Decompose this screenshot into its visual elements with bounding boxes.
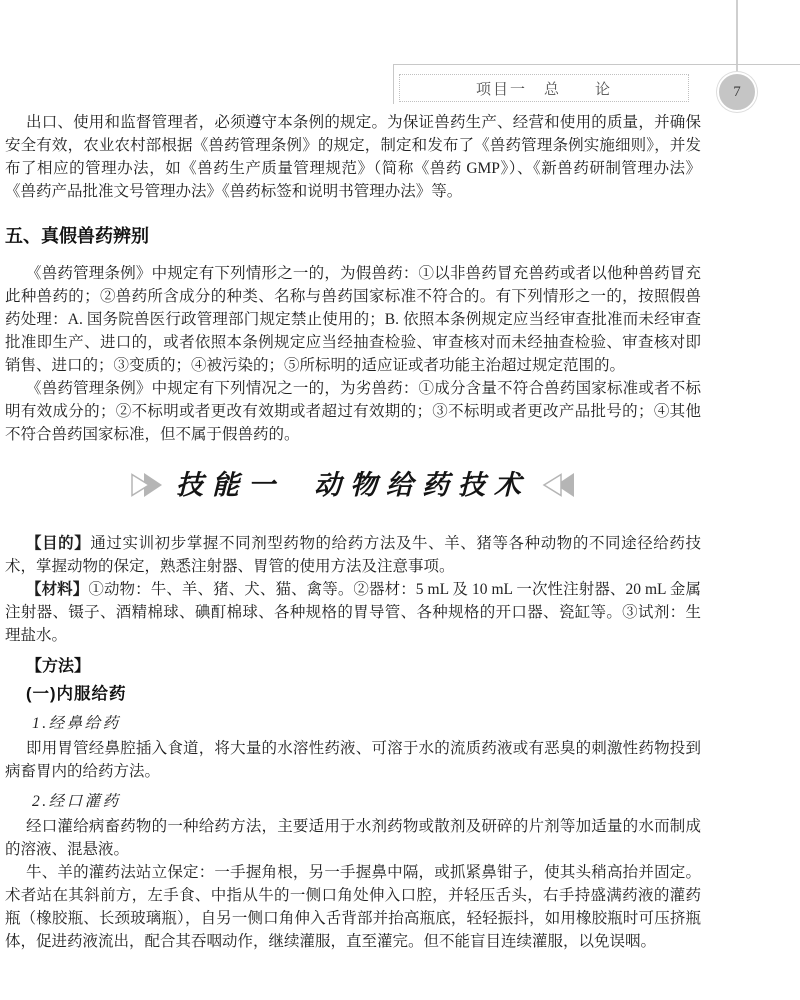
materials-paragraph: 【材料】①动物：牛、羊、猪、犬、猫、禽等。②器材：5 mL 及 10 mL 一次… bbox=[5, 578, 701, 647]
section-heading-fake-drug-identification: 五、真假兽药辨别 bbox=[5, 224, 701, 248]
nasal-route-heading: 1.经鼻给药 bbox=[32, 714, 701, 734]
materials-label: 【材料】 bbox=[26, 581, 88, 598]
double-triangle-left-icon bbox=[542, 472, 576, 498]
method-heading: 【方法】 bbox=[26, 656, 701, 678]
top-vertical-rule bbox=[736, 0, 738, 72]
header-horizontal-rule bbox=[393, 64, 800, 65]
oral-drench-paragraph: 经口灌给病畜药物的一种给药方法，主要适用于水剂药物或散剂及研碎的片剂等加适量的水… bbox=[5, 815, 701, 861]
running-head-title: 项目一 总 论 bbox=[476, 78, 612, 99]
intro-paragraph: 出口、使用和监督管理者，必须遵守本条例的规定。为保证兽药生产、经营和使用的质量，… bbox=[5, 111, 701, 203]
purpose-label: 【目的】 bbox=[26, 535, 90, 552]
page-number: 7 bbox=[733, 84, 741, 101]
header-corner-rule bbox=[393, 64, 394, 104]
oral-drench-procedure-paragraph: 牛、羊的灌药法站立保定：一手握角根，另一手握鼻中隔，或抓紧鼻钳子，使其头稍高抬并… bbox=[5, 861, 701, 953]
text-column: 出口、使用和监督管理者，必须遵守本条例的规定。为保证兽药生产、经营和使用的质量，… bbox=[5, 111, 701, 953]
oral-administration-heading: (一)内服给药 bbox=[26, 683, 701, 705]
purpose-paragraph: 【目的】通过实训初步掌握不同剂型药物的给药方法及牛、羊、猪等各种动物的不同途径给… bbox=[5, 532, 701, 578]
inferior-drug-paragraph: 《兽药管理条例》中规定有下列情况之一的，为劣兽药：①成分含量不符合兽药国家标准或… bbox=[5, 377, 701, 446]
skill-banner: 技能一 动物给药技术 bbox=[5, 468, 701, 502]
fake-drug-paragraph: 《兽药管理条例》中规定有下列情形之一的，为假兽药：①以非兽药冒充兽药或者以他种兽… bbox=[5, 262, 701, 377]
page-number-badge: 7 bbox=[717, 72, 757, 112]
double-triangle-right-icon bbox=[130, 472, 164, 498]
nasal-route-paragraph: 即用胃管经鼻腔插入食道，将大量的水溶性药液、可溶于水的流质药液或有恶臭的刺激性药… bbox=[5, 737, 701, 783]
book-page: 项目一 总 论 7 出口、使用和监督管理者，必须遵守本条例的规定。为保证兽药生产… bbox=[0, 0, 800, 1000]
skill-title-prefix: 技能一 bbox=[176, 468, 284, 502]
purpose-text: 通过实训初步掌握不同剂型药物的给药方法及牛、羊、猪等各种动物的不同途径给药技术，… bbox=[5, 535, 701, 575]
skill-title-main: 动物给药技术 bbox=[314, 468, 530, 502]
running-head-box: 项目一 总 论 bbox=[399, 74, 689, 102]
oral-drench-heading: 2.经口灌药 bbox=[32, 792, 701, 812]
materials-text: ①动物：牛、羊、猪、犬、猫、禽等。②器材：5 mL 及 10 mL 一次性注射器… bbox=[5, 581, 701, 644]
